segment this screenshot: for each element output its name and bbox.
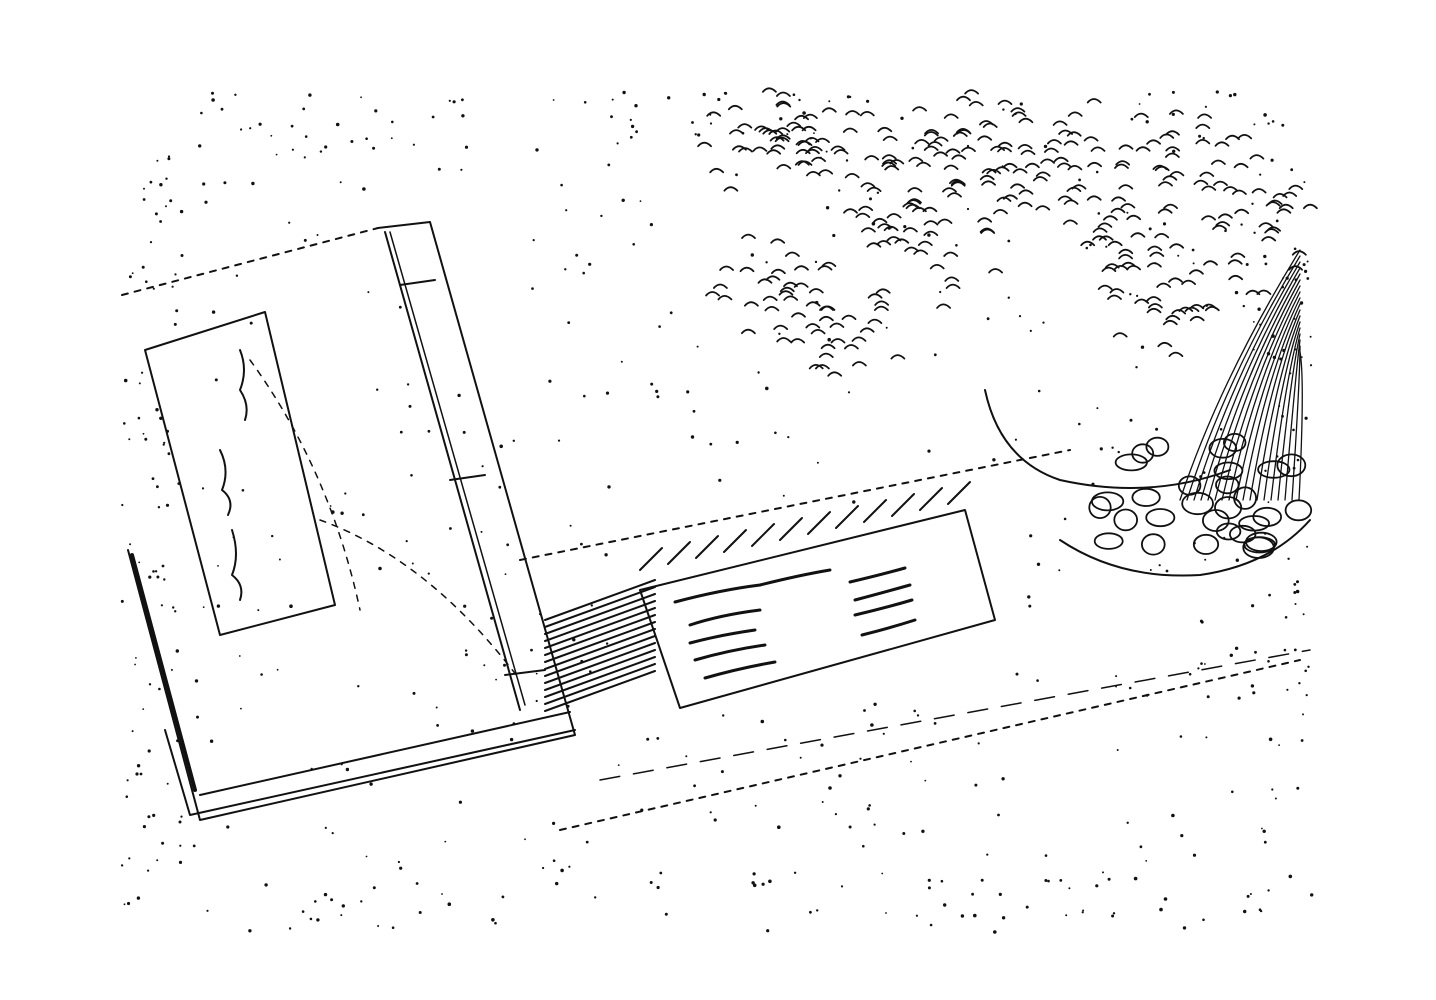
table (520, 450, 1310, 830)
still-life-illustration (0, 0, 1436, 1000)
vase-and-bowl (985, 390, 1311, 576)
book (122, 222, 575, 820)
label-card (640, 510, 995, 708)
paper-stack (545, 482, 970, 711)
